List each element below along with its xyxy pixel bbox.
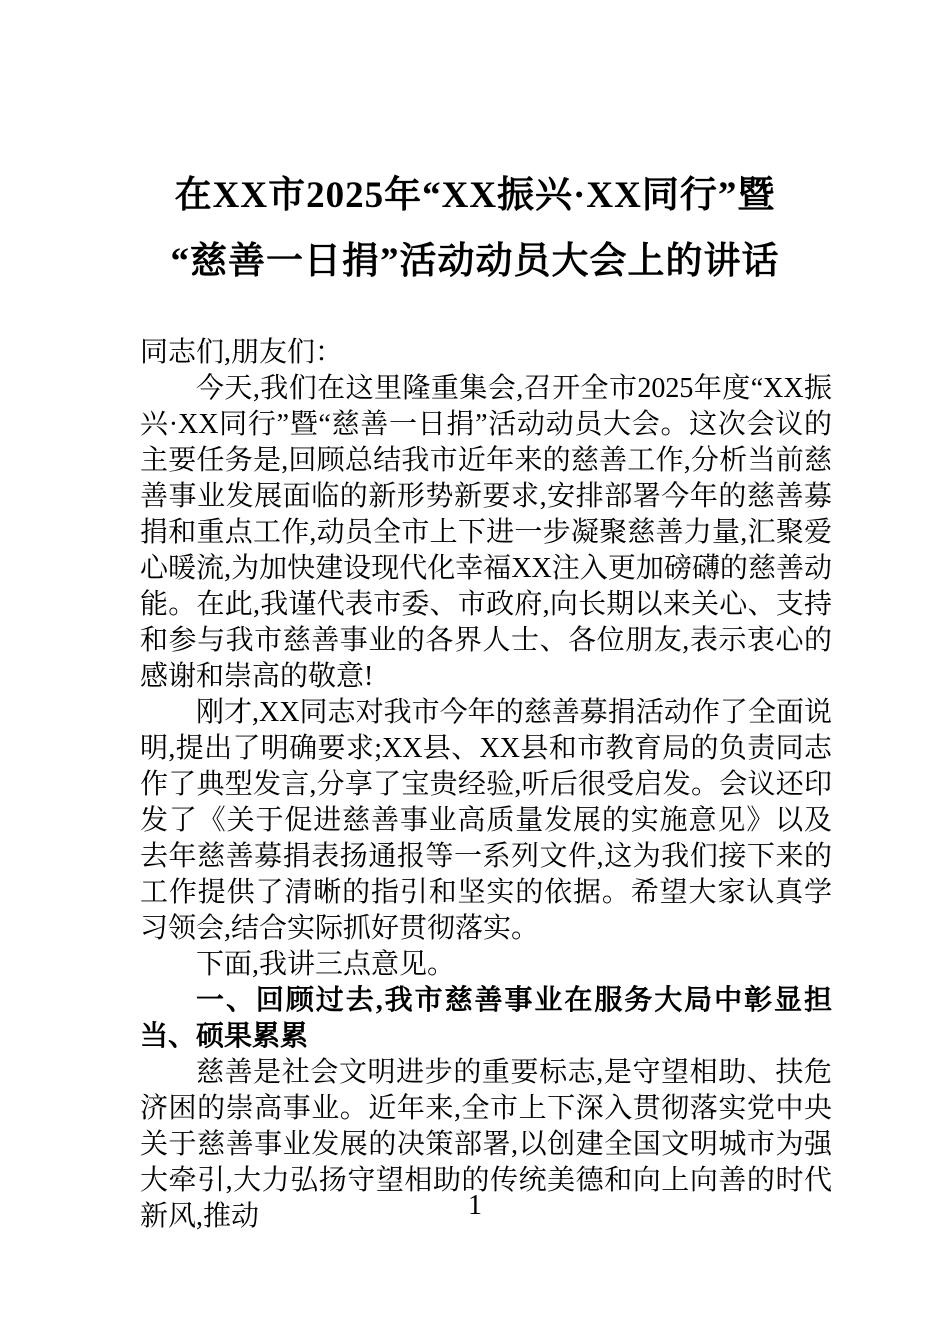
paragraph: 刚才,XX同志对我市今年的慈善募捐活动作了全面说明,提出了明确要求;XX县、XX… bbox=[140, 695, 832, 947]
paragraph: 今天,我们在这里隆重集会,召开全市2025年度“XX振兴·XX同行”暨“慈善一日… bbox=[140, 371, 832, 695]
document-page: 在XX市2025年“XX振兴·XX同行”暨 “慈善一日捐”活动动员大会上的讲话 … bbox=[0, 0, 950, 1344]
section-heading: 一、回顾过去,我市慈善事业在服务大局中彰显担当、硕果累累 bbox=[140, 983, 832, 1055]
document-title: 在XX市2025年“XX振兴·XX同行”暨 “慈善一日捐”活动动员大会上的讲话 bbox=[80, 163, 870, 295]
document-body: 同志们,朋友们： 今天,我们在这里隆重集会,召开全市2025年度“XX振兴·XX… bbox=[140, 335, 832, 1235]
page-number: 1 bbox=[0, 1188, 950, 1224]
salutation-paragraph: 同志们,朋友们： bbox=[140, 335, 832, 371]
paragraph: 下面,我讲三点意见。 bbox=[140, 947, 832, 983]
document-title-line1: 在XX市2025年“XX振兴·XX同行”暨 bbox=[80, 163, 870, 229]
document-title-line2: “慈善一日捐”活动动员大会上的讲话 bbox=[80, 229, 870, 295]
